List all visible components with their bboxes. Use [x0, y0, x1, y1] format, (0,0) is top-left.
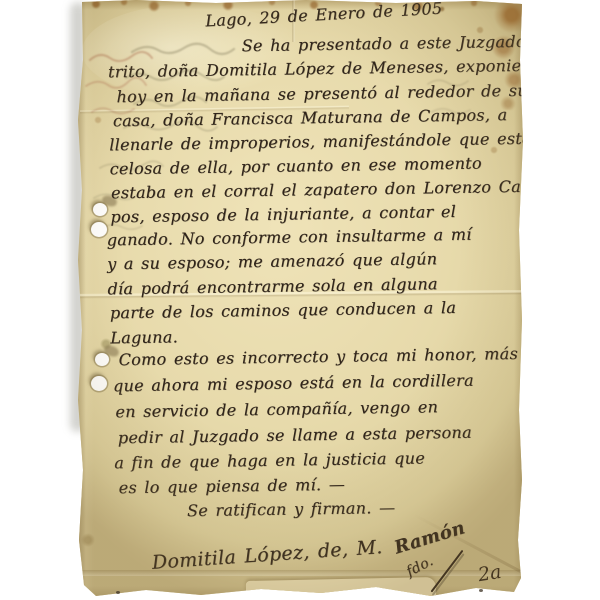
handwritten-line: día podrá encontrarme sola en alguna: [107, 276, 438, 297]
ink-slash-mark: [431, 550, 464, 593]
date-line: Lago, 29 de Enero de 1905: [205, 1, 443, 30]
handwritten-line: parte de los caminos que conducen a la: [110, 300, 457, 321]
handwritten-line: trito, doña Domitila López de Meneses, e…: [108, 57, 591, 81]
ink-speck: [479, 589, 483, 592]
handwritten-line: que ahora mi esposo está en la cordiller…: [113, 373, 474, 395]
handwritten-line: Se ha presentado a este Juzgado de Dis-: [242, 33, 594, 55]
handwritten-line: celosa de ella, por cuanto en ese moment…: [110, 156, 483, 178]
signature-domitila: Domitila López, de, M.: [151, 538, 383, 573]
handwritten-line: es lo que piensa de mí. —: [119, 477, 346, 497]
corner-flourish-mark: 2a: [476, 561, 503, 586]
signature-ramon: Ramón: [392, 519, 467, 557]
handwritten-line: ganado. No conforme con insultarme a mí: [107, 227, 472, 249]
scanned-letter: Lago, 29 de Enero de 1905 Se ha presenta…: [0, 0, 600, 600]
handwritten-line: en servicio de la compañía, vengo en: [115, 399, 438, 420]
handwritten-line: Se ratifican y firman. —: [187, 500, 396, 519]
handwritten-line: Como esto es incorrecto y toca mi honor,…: [119, 346, 519, 368]
paper-sheet: Lago, 29 de Enero de 1905 Se ha presenta…: [76, 0, 524, 600]
handwritten-line: Laguna.: [110, 329, 178, 346]
handwritten-line: pedir al Juzgado se llame a esta persona: [118, 425, 472, 447]
handwriting-layer: Lago, 29 de Enero de 1905 Se ha presenta…: [71, 0, 528, 600]
handwritten-line: a fin de que haga en la justicia que: [114, 450, 425, 471]
signature-note-fdo: fdo.: [404, 554, 435, 579]
handwritten-line: casa, doña Francisca Maturana de Campos,…: [113, 107, 508, 129]
handwritten-line: hoy en la mañana se presentó al rededor …: [116, 83, 528, 105]
ink-speck: [116, 591, 120, 594]
handwritten-line: y a su esposo; me amenazó que algún: [107, 251, 437, 272]
handwritten-line: pos, esposo de la injuriante, a contar e…: [110, 204, 456, 225]
handwritten-line: estaba en el corral el zapatero don Lore…: [111, 179, 542, 202]
handwritten-line: llenarle de improperios, manifestándole …: [109, 131, 532, 154]
